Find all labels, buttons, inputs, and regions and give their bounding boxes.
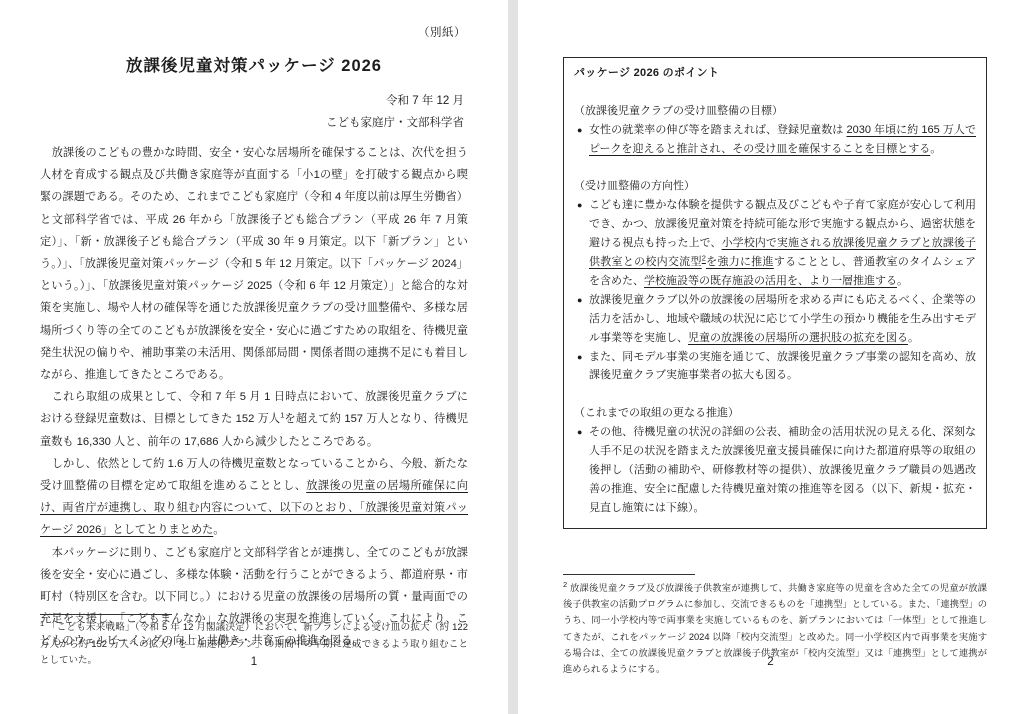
attachment-tag: （別紙） — [418, 24, 466, 40]
bullet-text: その他、待機児童の状況の詳細の公表、補助金の活用状況の見える化、深刻な人手不足の… — [589, 423, 976, 518]
points-section: （放課後児童クラブの受け皿整備の目標）●女性の就業率の伸び等を踏まえれば、登録児… — [574, 102, 976, 159]
points-box: パッケージ 2026 のポイント （放課後児童クラブの受け皿整備の目標）●女性の… — [563, 57, 987, 529]
bullet-item: ●また、同モデル事業の実施を通じて、放課後児童クラブ事業の認知を高め、放課後児童… — [574, 348, 976, 386]
bullet-item: ●女性の就業率の伸び等を踏まえれば、登録児童数は 2030 年頃に約 165 万… — [574, 121, 976, 159]
bullet-icon: ● — [574, 291, 589, 310]
body-text: 放課後のこどもの豊かな時間、安全・安心な居場所を確保することは、次代を担う人材を… — [40, 142, 468, 653]
page-1: （別紙） 放課後児童対策パッケージ 2026 令和 7 年 12 月 こども家庭… — [0, 0, 508, 714]
date-org-block: 令和 7 年 12 月 こども家庭庁・文部科学省 — [326, 90, 464, 134]
footnote-marker-1: 1 — [40, 619, 44, 628]
points-sections: （放課後児童クラブの受け皿整備の目標）●女性の就業率の伸び等を踏まえれば、登録児… — [574, 102, 976, 518]
paragraph: しかし、依然として約 1.6 万人の待機児童数となっていることから、今般、新たな… — [40, 453, 468, 542]
bullet-icon: ● — [574, 423, 589, 442]
bullet-icon: ● — [574, 348, 589, 367]
footnote-marker-2: 2 — [563, 580, 567, 589]
document-spread: （別紙） 放課後児童対策パッケージ 2026 令和 7 年 12 月 こども家庭… — [0, 0, 1023, 714]
section-header: （放課後児童クラブの受け皿整備の目標） — [574, 102, 976, 121]
page-2: パッケージ 2026 のポイント （放課後児童クラブの受け皿整備の目標）●女性の… — [518, 0, 1023, 714]
page-number-1: 1 — [0, 656, 508, 668]
page-number-2: 2 — [518, 656, 1023, 668]
section-header: （受け皿整備の方向性） — [574, 177, 976, 196]
points-box-title: パッケージ 2026 のポイント — [574, 64, 976, 83]
bullet-icon: ● — [574, 121, 589, 140]
footnote-divider — [563, 574, 695, 575]
bullet-item: ●放課後児童クラブ以外の放課後の居場所を求める声にも応えるべく、企業等の活力を活… — [574, 291, 976, 348]
page-gutter — [508, 0, 518, 714]
bullet-text: また、同モデル事業の実施を通じて、放課後児童クラブ事業の認知を高め、放課後児童ク… — [589, 348, 976, 386]
paragraph: 放課後のこどもの豊かな時間、安全・安心な居場所を確保することは、次代を担う人材を… — [40, 142, 468, 386]
bullet-item: ●こども達に豊かな体験を提供する観点及びこどもや子育て家庭が安心して利用でき、か… — [574, 196, 976, 291]
points-section: （受け皿整備の方向性）●こども達に豊かな体験を提供する観点及びこどもや子育て家庭… — [574, 177, 976, 385]
section-header: （これまでの取組の更なる推進） — [574, 404, 976, 423]
date-line: 令和 7 年 12 月 — [326, 90, 464, 112]
document-title: 放課後児童対策パッケージ 2026 — [0, 52, 508, 76]
bullet-icon: ● — [574, 196, 589, 215]
footnote-divider — [40, 614, 172, 615]
paragraph: これら取組の成果として、令和 7 年 5 月 1 日時点において、放課後児童クラ… — [40, 386, 468, 453]
bullet-text: 放課後児童クラブ以外の放課後の居場所を求める声にも応えるべく、企業等の活力を活か… — [589, 291, 976, 348]
points-section: （これまでの取組の更なる推進）●その他、待機児童の状況の詳細の公表、補助金の活用… — [574, 404, 976, 517]
bullet-text: 女性の就業率の伸び等を踏まえれば、登録児童数は 2030 年頃に約 165 万人… — [589, 121, 976, 159]
bullet-item: ●その他、待機児童の状況の詳細の公表、補助金の活用状況の見える化、深刻な人手不足… — [574, 423, 976, 518]
org-line: こども家庭庁・文部科学省 — [326, 112, 464, 134]
bullet-text: こども達に豊かな体験を提供する観点及びこどもや子育て家庭が安心して利用でき、かつ… — [589, 196, 976, 291]
